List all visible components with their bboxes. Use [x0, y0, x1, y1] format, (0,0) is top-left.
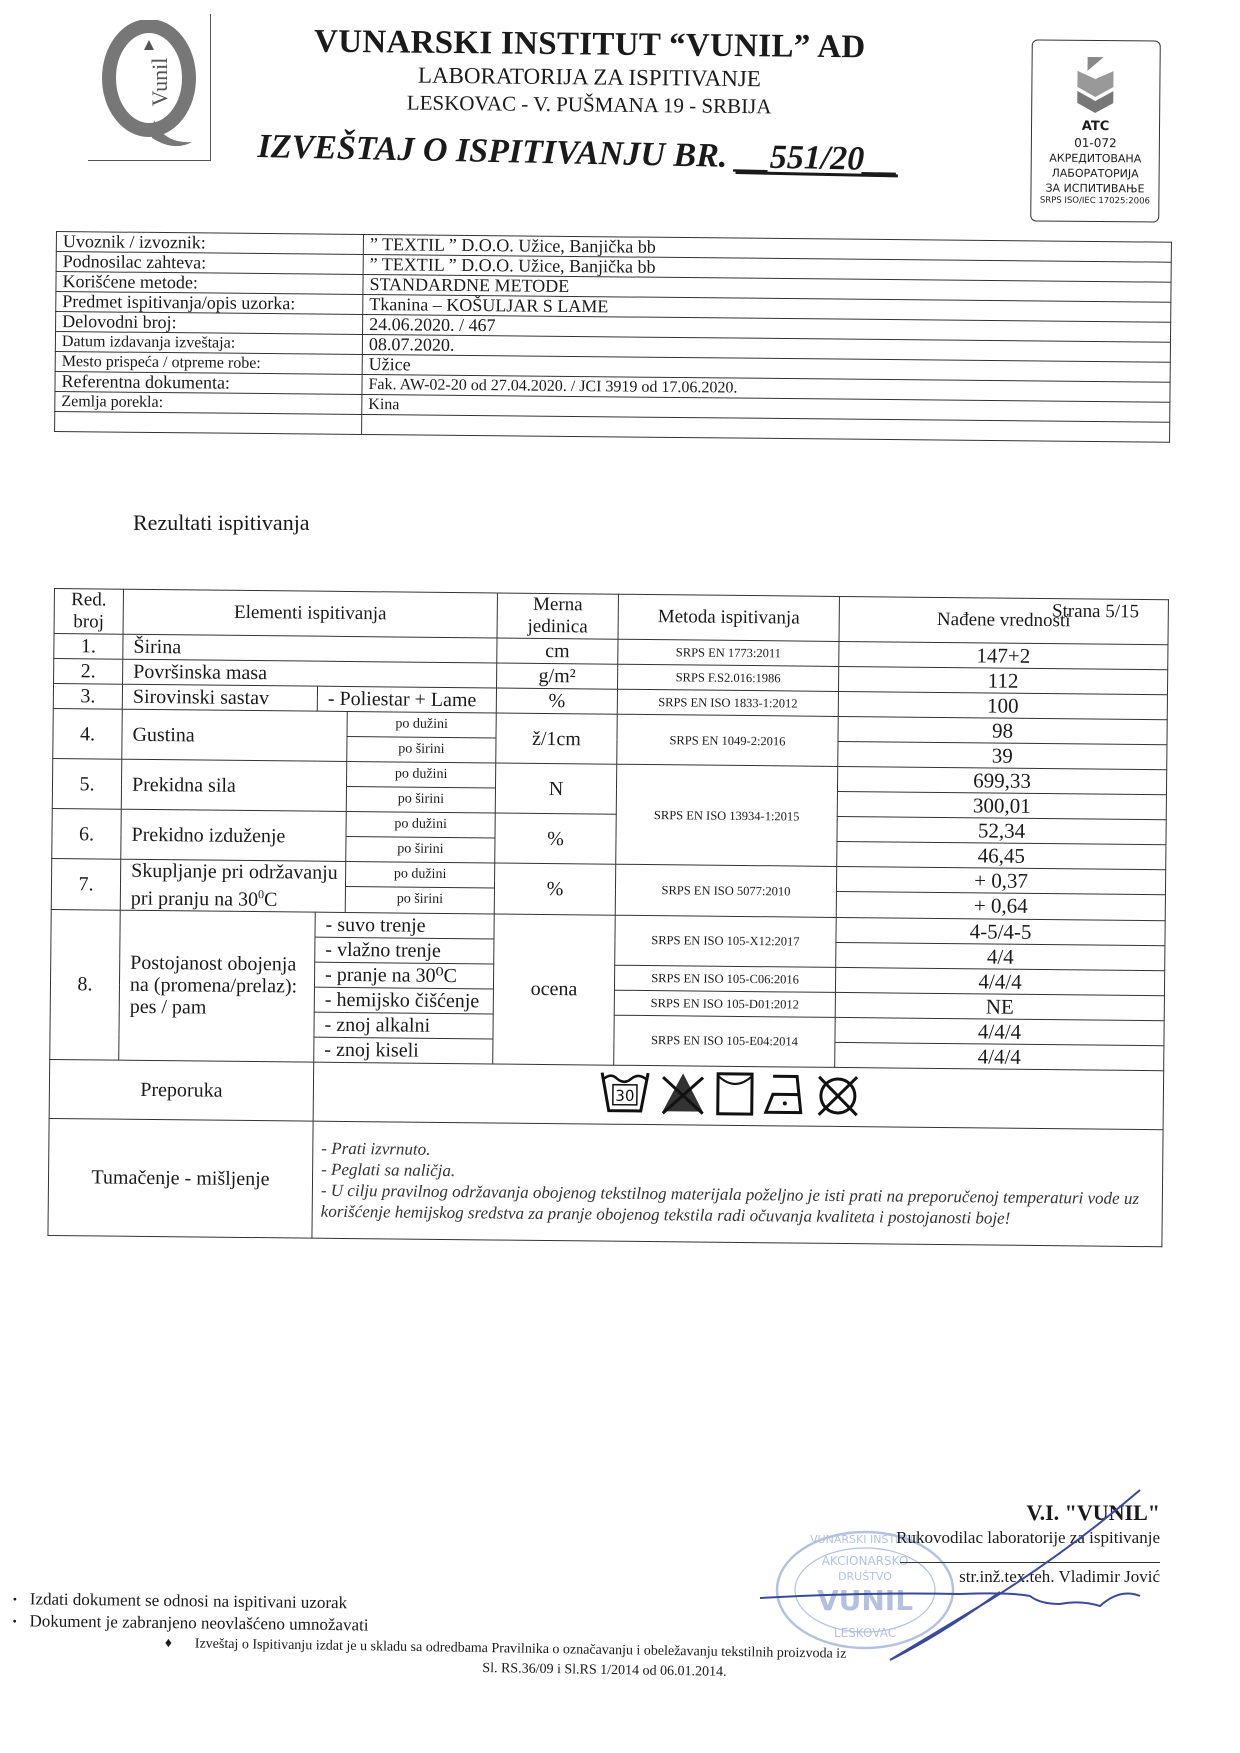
sub-direction: po dužini — [347, 711, 496, 738]
colorfastness-test: - pranje na 30⁰C — [314, 962, 493, 989]
value: 4/4/4 — [835, 1017, 1164, 1045]
row-number: 4. — [53, 708, 123, 759]
recommendation-label: Preporuka — [49, 1059, 314, 1121]
method: SRPS EN ISO 1833-1:2012 — [617, 689, 838, 716]
element-name: Gustina — [122, 709, 347, 761]
sub-direction: po dužini — [345, 861, 494, 888]
badge-name: ATC — [1032, 118, 1159, 134]
header-method: Metoda ispitivanja — [618, 594, 839, 641]
badge-line: АКРЕДИТОВАНА — [1032, 152, 1159, 165]
colorfastness-test: - vlažno trenje — [315, 937, 494, 964]
element-name: Sirovinski sastav — [122, 684, 317, 711]
element-name: Postojanost obojenja na (promena/prelaz)… — [119, 910, 316, 1062]
celsius: C — [264, 889, 278, 911]
value: 98 — [838, 716, 1167, 744]
unit: ocena — [493, 914, 616, 1065]
method: SRPS EN 1773:2011 — [618, 639, 839, 666]
colorfastness-test: - hemijsko čišćenje — [314, 987, 493, 1014]
value: 699,33 — [837, 766, 1166, 794]
document-header: VUNARSKI INSTITUT “VUNIL” AD LABORATORIJ… — [259, 22, 920, 121]
method: SRPS EN ISO 105-D01:2012 — [614, 990, 835, 1017]
row-number: 2. — [54, 659, 123, 685]
element-name: Prekidno izduženje — [121, 809, 346, 861]
value: 39 — [838, 741, 1167, 769]
method: SRPS F.S2.016:1986 — [618, 664, 839, 691]
method: SRPS EN ISO 5077:2010 — [615, 864, 837, 917]
method: SRPS EN ISO 105-X12:2017 — [615, 915, 836, 967]
element-name: Površinska masa — [123, 659, 497, 688]
institute-name: VUNARSKI INSTITUT “VUNIL” AD — [260, 22, 920, 67]
row-number: 8. — [50, 909, 121, 1060]
unit: cm — [497, 638, 618, 664]
unit: ž/1cm — [496, 713, 617, 764]
row-number: 7. — [51, 858, 121, 909]
no-bleach-icon — [659, 1069, 707, 1115]
results-heading: Rezultati ispitivanja — [133, 510, 310, 536]
bullet-icon: • — [0, 1588, 30, 1610]
interpretation-line: - U cilju pravilnog održavanja obojenog … — [321, 1179, 1154, 1229]
value: 52,34 — [837, 816, 1166, 844]
info-label: Delovodni broj: — [56, 312, 363, 335]
element-name: Skupljanje pri održavanju pri pranju na … — [120, 859, 346, 912]
vunil-logo: Vunil — [88, 14, 211, 161]
colorfastness-test: - suvo trenje — [315, 912, 494, 939]
info-label: Zemlja porekla: — [55, 391, 362, 414]
interpretation-text: - Prati izvrnuto. - Peglati sa naličja. … — [312, 1121, 1163, 1247]
sub-direction: po dužini — [347, 761, 496, 788]
method: SRPS EN ISO 13934-1:2015 — [616, 764, 838, 866]
element-name: Prekidna sila — [121, 759, 346, 811]
report-info-table: Uvoznik / izvoznik:” TEXTIL ” D.O.O. Uži… — [54, 231, 1172, 443]
handwritten-signature-icon — [740, 1480, 1160, 1670]
badge-line: ЗА ИСПИТИВАЊЕ — [1031, 182, 1158, 195]
value: 147+2 — [839, 641, 1168, 669]
colorfastness-test: - znoj alkalni — [314, 1012, 493, 1039]
value: + 0,64 — [836, 892, 1165, 921]
svg-text:30: 30 — [615, 1087, 634, 1105]
sub-direction: po širini — [346, 836, 495, 863]
interpretation-row: Tumačenje - mišljenje - Prati izvrnuto. … — [48, 1118, 1163, 1246]
value: 4/4/4 — [835, 1042, 1164, 1070]
row-number: 1. — [54, 634, 123, 660]
element-name: Širina — [123, 634, 497, 663]
value: 100 — [838, 691, 1167, 719]
unit: N — [495, 763, 616, 814]
method: SRPS EN 1049-2:2016 — [617, 714, 838, 766]
unit: % — [495, 813, 616, 864]
badge-code: 01-072 — [1032, 135, 1159, 150]
bullet-icon: • — [0, 1610, 30, 1632]
sub-direction: po širini — [347, 736, 496, 763]
footer-note: Dokument je zabranjeno neovlašćeno umnož… — [29, 1610, 368, 1636]
unit: % — [496, 688, 617, 714]
lab-address: LESKOVAC - V. PUŠMANA 19 - SRBIJA — [259, 88, 919, 121]
sub-direction: po širini — [346, 786, 495, 813]
row-number: 5. — [52, 758, 122, 809]
unit: g/m² — [497, 663, 618, 689]
colorfastness-test: - znoj kiseli — [314, 1037, 493, 1064]
report-number: __551/20__ — [735, 138, 898, 178]
sub-direction: po dužini — [346, 811, 495, 838]
header-unit: Merna jedinica — [497, 593, 618, 639]
value: 4/4/4 — [835, 967, 1164, 995]
header-value: Nađene vrednosti — [839, 596, 1168, 644]
row-number: 3. — [53, 684, 122, 710]
element-detail: - Poliestar + Lame — [317, 686, 496, 713]
value: 4-5/4-5 — [836, 917, 1165, 945]
value: 300,01 — [837, 791, 1166, 819]
report-title-prefix: IZVEŠTAJ O ISPITIVANJU BR. — [257, 128, 727, 175]
badge-line: ЛАБОРАТОРИЈА — [1032, 167, 1159, 180]
unit: % — [494, 863, 616, 915]
line-dry-icon — [715, 1070, 755, 1116]
iron-low-icon — [763, 1070, 807, 1116]
info-label — [55, 411, 362, 434]
care-symbols: 30 — [313, 1062, 1164, 1130]
info-label: Referentna dokumenta: — [55, 371, 362, 394]
value: 46,45 — [837, 841, 1166, 869]
footer-notes: •Izdati dokument se odnosi na ispitivani… — [0, 1588, 369, 1637]
header-no: Red. broj — [54, 589, 123, 635]
no-dry-clean-icon — [815, 1071, 861, 1117]
value: + 0,37 — [836, 866, 1165, 895]
q-logo-icon: Vunil — [94, 20, 204, 154]
results-table: Red. broj Elementi ispitivanja Merna jed… — [47, 588, 1168, 1247]
report-title: IZVEŠTAJ O ISPITIVANJU BR. __551/20__ — [257, 128, 898, 179]
diamond-bullet-icon: ♦ — [165, 1634, 195, 1654]
element-name-line2: pri pranju na 30 — [131, 887, 258, 910]
wash-30-icon: 30 — [599, 1069, 651, 1116]
method: SRPS EN ISO 105-E04:2014 — [614, 1015, 835, 1067]
value: 112 — [838, 666, 1167, 694]
sub-direction: po širini — [345, 887, 494, 914]
value: 4/4 — [836, 942, 1165, 970]
value: NE — [835, 992, 1164, 1020]
svg-text:Vunil: Vunil — [147, 58, 172, 107]
method: SRPS EN ISO 105-C06:2016 — [614, 965, 835, 992]
header-element: Elementi ispitivanja — [123, 589, 497, 638]
row-number: 6. — [52, 808, 122, 859]
element-name-line1: Skupljanje pri održavanju — [131, 860, 338, 884]
interpretation-label: Tumačenje - mišljenje — [48, 1118, 313, 1238]
info-label: Datum izdavanja izveštaja: — [55, 332, 362, 355]
badge-standard: SRPS ISO/IEC 17025:2006 — [1031, 195, 1158, 206]
accreditation-badge: ATC 01-072 АКРЕДИТОВАНА ЛАБОРАТОРИЈА ЗА … — [1030, 39, 1161, 222]
atc-logo-icon — [1073, 57, 1119, 113]
